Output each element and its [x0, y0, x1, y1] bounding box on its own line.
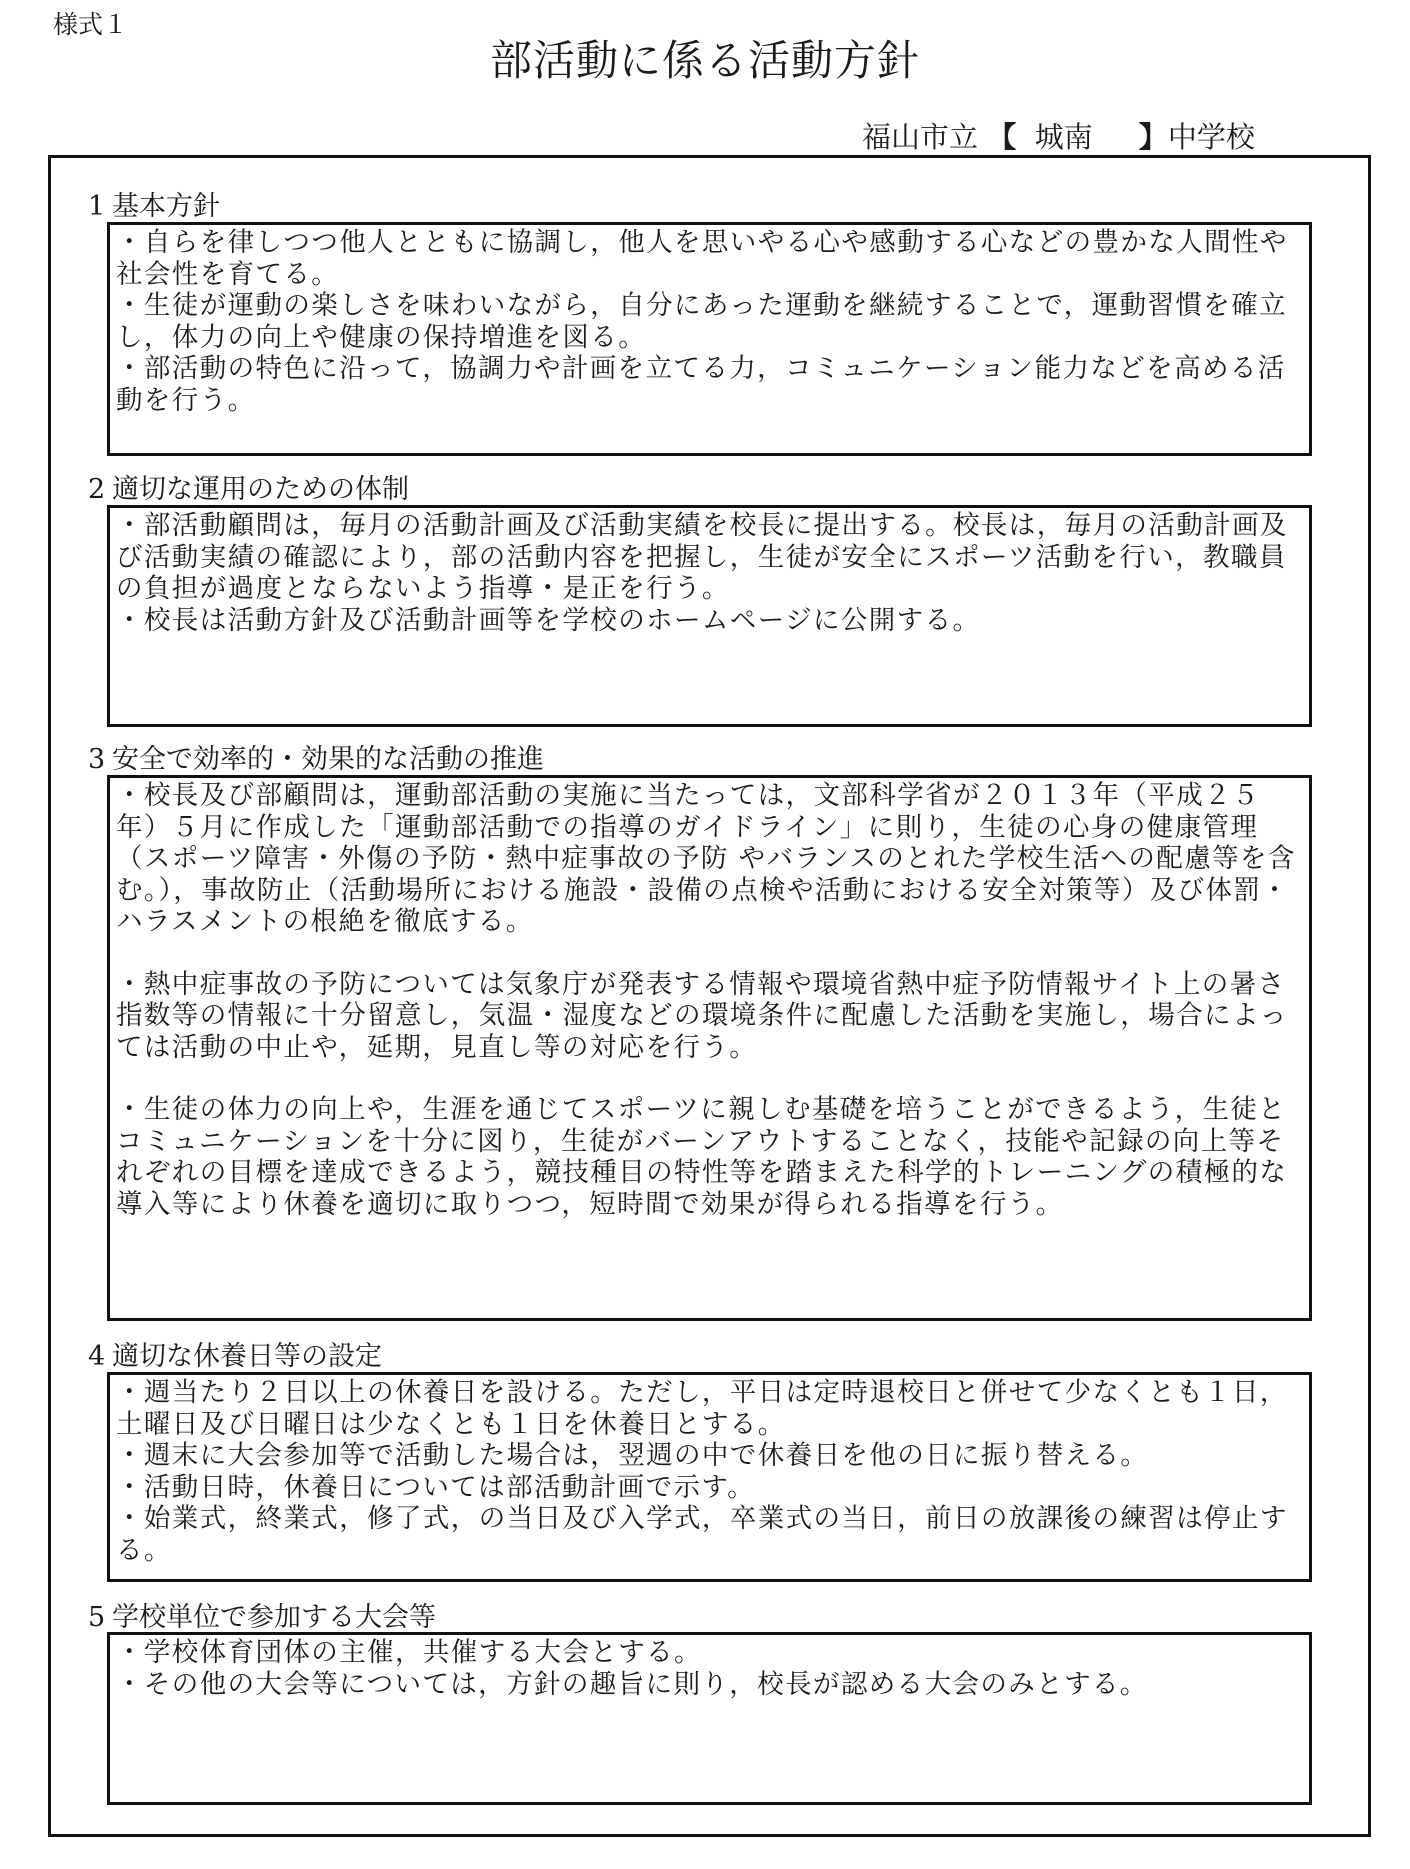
bracket-close: 】	[1139, 120, 1168, 154]
section-box-rest-days: ・週当たり２日以上の休養日を設ける。ただし，平日は定時退校日と併せて少なくとも１…	[107, 1372, 1312, 1582]
paragraph: ・校長は活動方針及び活動計画等を学校のホームページに公開する。	[116, 605, 1299, 637]
school-prefix: 福山市立	[862, 120, 978, 154]
paragraph: ・週当たり２日以上の休養日を設ける。ただし，平日は定時退校日と併せて少なくとも１…	[116, 1377, 1299, 1440]
bracket-open: 【	[987, 120, 1016, 154]
section-number: 2	[88, 475, 112, 505]
section-box-safe-efficient-activity: ・校長及び部顧問は，運動部活動の実施に当たっては，文部科学省が２０１３年（平成２…	[107, 775, 1312, 1321]
section-number: 1	[88, 192, 112, 222]
paragraph: ・生徒の体力の向上や，生涯を通じてスポーツに親しむ基礎を培うことができるよう，生…	[116, 1094, 1299, 1220]
section-number: 4	[88, 1342, 112, 1372]
document-title: 部活動に係る活動方針	[0, 36, 1410, 86]
paragraph: ・週末に大会参加等で活動した場合は，翌週の中で休養日を他の日に振り替える。	[116, 1440, 1299, 1472]
paragraph: ・始業式，終業式，修了式，の当日及び入学式，卒業式の当日，前日の放課後の練習は停…	[116, 1503, 1299, 1566]
paragraph: ・部活動の特色に沿って，協調力や計画を立てる力，コミュニケーション能力などを高め…	[116, 353, 1299, 416]
section-title: 安全で効率的・効果的な活動の推進	[112, 744, 544, 775]
section-number: 3	[88, 745, 112, 775]
section-number: 5	[88, 1603, 112, 1633]
paragraph: ・生徒が運動の楽しさを味わいながら，自分にあった運動を継続することで，運動習慣を…	[116, 290, 1299, 353]
section-heading-5: 5学校単位で参加する大会等	[88, 1603, 436, 1633]
section-box-operation-system: ・部活動顧問は，毎月の活動計画及び活動実績を校長に提出する。校長は，毎月の活動計…	[107, 505, 1312, 727]
paragraph: ・熱中症事故の予防については気象庁が発表する情報や環境省熱中症予防情報サイト上の…	[116, 969, 1299, 1064]
section-heading-2: 2適切な運用のための体制	[88, 475, 409, 505]
school-name: 城南	[1035, 120, 1093, 154]
paragraph: ・自らを律しつつ他人とともに協調し，他人を思いやる心や感動する心などの豊かな人間…	[116, 227, 1299, 290]
paragraph: ・その他の大会等については，方針の趣旨に則り，校長が認める大会のみとする。	[116, 1669, 1299, 1701]
section-title: 適切な休養日等の設定	[112, 1341, 382, 1372]
section-title: 学校単位で参加する大会等	[112, 1602, 436, 1633]
section-box-basic-policy: ・自らを律しつつ他人とともに協調し，他人を思いやる心や感動する心などの豊かな人間…	[107, 222, 1312, 456]
school-suffix: 中学校	[1168, 120, 1255, 154]
section-heading-3: 3安全で効率的・効果的な活動の推進	[88, 745, 544, 775]
section-heading-1: 1基本方針	[88, 192, 220, 222]
paragraph: ・学校体育団体の主催，共催する大会とする。	[116, 1637, 1299, 1669]
paragraph: ・活動日時，休養日については部活動計画で示す。	[116, 1472, 1299, 1504]
paragraph: ・部活動顧問は，毎月の活動計画及び活動実績を校長に提出する。校長は，毎月の活動計…	[116, 510, 1299, 605]
section-heading-4: 4適切な休養日等の設定	[88, 1342, 382, 1372]
section-title: 基本方針	[112, 191, 220, 222]
section-box-tournaments: ・学校体育団体の主催，共催する大会とする。 ・その他の大会等については，方針の趣…	[107, 1632, 1312, 1805]
school-line: 福山市立 【 城南 】中学校	[862, 120, 1255, 154]
paragraph: ・校長及び部顧問は，運動部活動の実施に当たっては，文部科学省が２０１３年（平成２…	[116, 780, 1299, 938]
section-title: 適切な運用のための体制	[112, 474, 409, 505]
